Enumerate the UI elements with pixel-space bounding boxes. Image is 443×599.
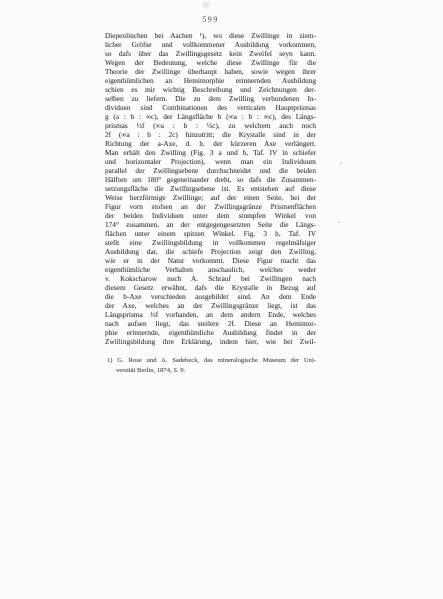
footnote-line: versität Berlin, 1874, S. 9.: [107, 366, 316, 376]
text-line: eigenthümlichen an Hemimorphie erinnernd…: [105, 76, 316, 85]
text-line: flächen unter einem spitzen Winkel. Fig.…: [105, 229, 316, 238]
page-number: 599: [105, 15, 316, 25]
text-line: Diepenlinchen bei Aachen ¹), wo diese Zw…: [105, 31, 316, 40]
scan-artifact: [340, 162, 342, 164]
text-line: der Axe, welches an der Zwillingsgränze …: [105, 301, 316, 310]
text-line: und horizontaler Projection), wenn man e…: [105, 157, 316, 166]
text-line: der beiden Individuen unter dem stumpfen…: [105, 211, 316, 220]
text-line: phie erinnernde, eigenthümliche Ausbildu…: [105, 328, 316, 337]
text-line: Weise herzförmige Zwillinge; auf der ein…: [105, 193, 316, 202]
text-line: nach aufsen liegt, das steilere 2f. Dies…: [105, 319, 316, 328]
text-line: 2f (∞a : b : 2c) hinzutritt; die Krystal…: [105, 130, 316, 139]
text-line: Ausbildung dar, die schiefe Projection z…: [105, 247, 316, 256]
text-line: licher Gröfse und vollkommener Ausbildun…: [105, 40, 316, 49]
body-text: Diepenlinchen bei Aachen ¹), wo diese Zw…: [105, 31, 316, 346]
text-line: parallel der Zwillingsebene durchschneid…: [105, 166, 316, 175]
scan-artifact: [201, 0, 211, 10]
text-line: g (a : b : ∞c), der Längsfläche b (∞a : …: [105, 112, 316, 121]
text-line: Figur vorn stofsen an der Zwillingsgränz…: [105, 202, 316, 211]
scan-artifact: [338, 221, 340, 223]
text-line: diesem Gesetz erwähnt, dafs die Krystall…: [105, 283, 316, 292]
text-line: selben zu liefern. Die zu dem Zwilling v…: [105, 94, 316, 103]
text-line: wie er in der Natur vorkommt. Diese Figu…: [105, 256, 316, 265]
text-line: Richtung der a-Axe, d. h. der kürzeren A…: [105, 139, 316, 148]
text-line: Zwillingsbildung ihre Erklärung, indem h…: [105, 337, 316, 346]
footnote-line: 1) G. Rose und A. Sadebeck, das mineralo…: [107, 356, 316, 366]
scanned-book-page: 599 Diepenlinchen bei Aachen ¹), wo dies…: [0, 0, 443, 599]
text-line: v. Kokscharow noch A. Schrauf bei Zwilli…: [105, 274, 316, 283]
footnote: 1) G. Rose und A. Sadebeck, das mineralo…: [107, 356, 316, 376]
text-line: schien es mir wichtig Beschreibung und Z…: [105, 85, 316, 94]
text-line: die b-Axe verschieden ausgebildet sind. …: [105, 292, 316, 301]
text-line: dividuen sind Combinationen des vertical…: [105, 103, 316, 112]
text-line: eigenthümliche Verhalten anschaulich, we…: [105, 265, 316, 274]
text-line: so dafs über das Zwillingsgesetz kein Zw…: [105, 49, 316, 58]
text-line: setzungsfläche die Zwillingsebene ist. E…: [105, 184, 316, 193]
text-line: Hälften um 180° gegeneinander dreht, so …: [105, 175, 316, 184]
text-line: Theorie der Zwillinge überhaupt haben, s…: [105, 67, 316, 76]
text-line: Man erhält den Zwilling (Fig. 3 a und b,…: [105, 148, 316, 157]
text-line: prismas ½f (∞a : b : ½c), zu welchem auc…: [105, 121, 316, 130]
text-line: Längsprisma ½f vorhanden, an dem andern …: [105, 310, 316, 319]
text-line: 174° zusammen, an der entgegengesetzten …: [105, 220, 316, 229]
text-line: Wegen der Bedeutung, welche diese Zwilli…: [105, 58, 316, 67]
text-line: stellt eine Zwillingsbildung in vollkomm…: [105, 238, 316, 247]
